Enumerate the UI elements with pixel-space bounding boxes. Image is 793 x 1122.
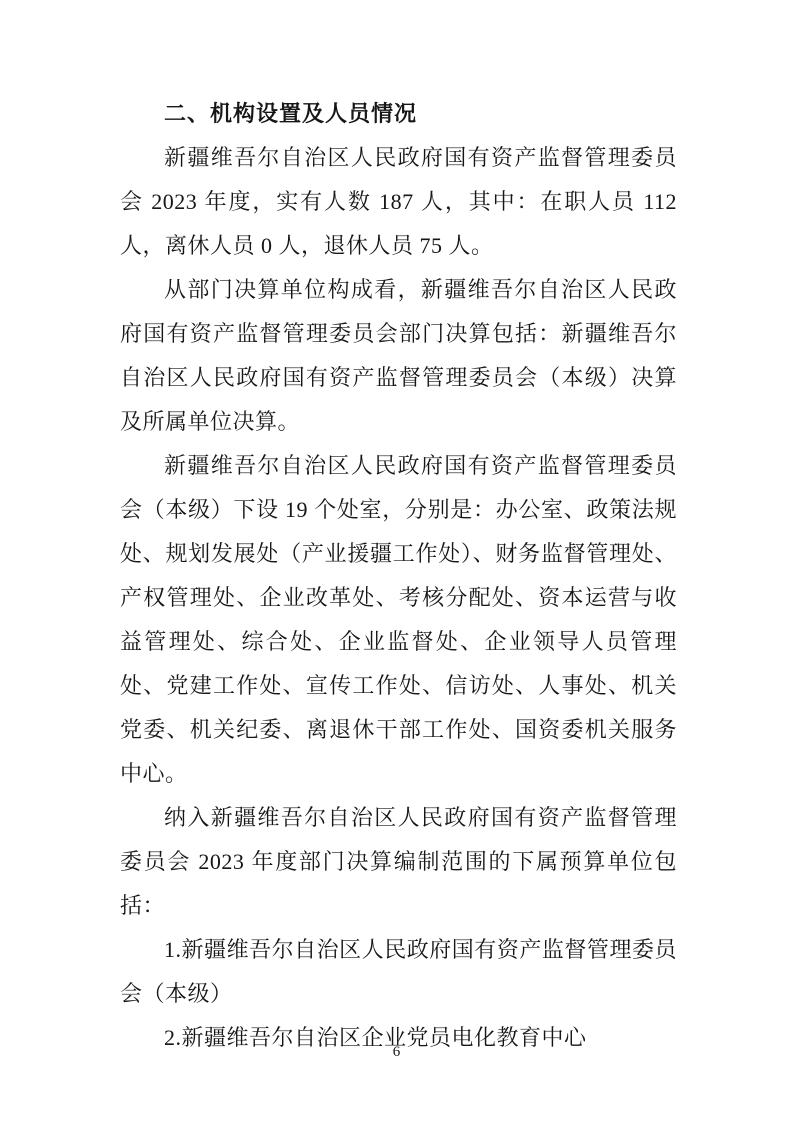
paragraph-division-list: 新疆维吾尔自治区人民政府国有资产监督管理委员会（本级）下设 19 个处室，分别是…	[120, 444, 677, 796]
paragraph-unit-composition: 从部门决算单位构成看，新疆维吾尔自治区人民政府国有资产监督管理委员会部门决算包括…	[120, 268, 677, 444]
section-heading: 二、机构设置及人员情况	[120, 92, 677, 136]
document-page: 二、机构设置及人员情况 新疆维吾尔自治区人民政府国有资产监督管理委员会 2023…	[0, 0, 793, 1122]
paragraph-staff-overview: 新疆维吾尔自治区人民政府国有资产监督管理委员会 2023 年度，实有人数 187…	[120, 136, 677, 268]
list-item-unit-1: 1.新疆维吾尔自治区人民政府国有资产监督管理委员会（本级）	[120, 928, 677, 1016]
page-content: 二、机构设置及人员情况 新疆维吾尔自治区人民政府国有资产监督管理委员会 2023…	[120, 92, 677, 1060]
page-number: 6	[0, 1044, 793, 1060]
paragraph-budget-scope-intro: 纳入新疆维吾尔自治区人民政府国有资产监督管理委员会 2023 年度部门决算编制范…	[120, 796, 677, 928]
